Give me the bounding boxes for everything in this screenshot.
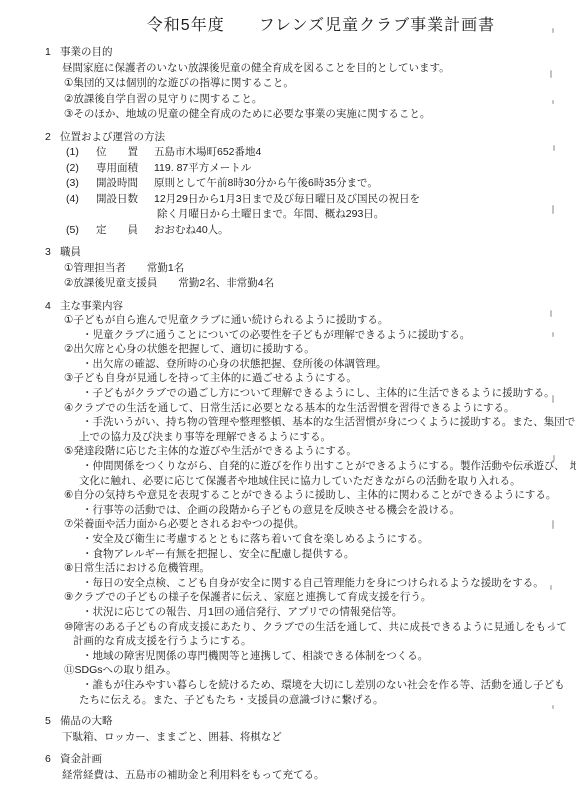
text-line: 昼間家庭に保護者のいない放課後児童の健全育成を図ることを目的としています。: [0, 61, 576, 77]
text-line: ⑪SDGsへの取り組み。: [0, 663, 576, 678]
row-value-line: 除く月曜日から土曜日まで。年間、概ね293日。: [154, 207, 576, 223]
section-2: 2位置および運営の方法(1)位 置五島市木場町652番地4(2)専用面積119.…: [0, 130, 576, 239]
row-label: 開設時間: [96, 176, 154, 192]
text-line: 計画的な育成支援を行うようにする。: [0, 634, 576, 649]
text-line: ②出欠席と心身の状態を把握して、適切に援助する。: [0, 342, 576, 357]
text-line: ③そのほか、地域の児童の健全育成のために必要な事業の実施に関すること。: [0, 107, 576, 123]
row-value-line: 五島市木場町652番地4: [154, 145, 576, 161]
row-value-line: 12月29日から1月3日まで及び毎日曜日及び国民の祝日を: [154, 192, 576, 208]
text-line: ①管理担当者 常勤1名: [0, 261, 576, 277]
section-title: 備品の大略: [60, 715, 113, 727]
section-number: 5: [45, 714, 60, 730]
text-line: ③子ども自身が見通しを持って主体的に過ごせるようにする。: [0, 371, 576, 386]
text-line: ・誰もが住みやすい暮らしを続けるため、環境を大切にし差別のない社会を作る等、活動…: [0, 678, 576, 693]
text-line: ①子どもが自ら進んで児童クラブに通い続けられるように援助する。: [0, 313, 576, 328]
section-title: 資金計画: [60, 753, 102, 765]
text-line: ②放課後児童支援員 常勤2名、非常勤4名: [0, 276, 576, 292]
text-line: 経常経費は、五島市の補助金と利用料をもって充てる。: [0, 768, 576, 784]
row-label: 定 員: [96, 223, 154, 239]
text-line: ・食物アレルギー有無を把握し、安全に配慮し提供する。: [0, 547, 576, 562]
text-line: ・仲間関係をつくりながら、自発的に遊びを作り出すことができるようにする。製作活動…: [0, 459, 576, 474]
section-5: 5備品の大略下駄箱、ロッカー、ままごと、囲碁、将棋など: [0, 714, 576, 745]
text-line: ①集団的又は個別的な遊びの指導に関すること。: [0, 76, 576, 92]
row-label: 専用面積: [96, 161, 154, 177]
section-heading: 1事業の目的: [0, 45, 576, 61]
text-line: ⑤発達段階に応じた主体的な遊びや生活ができるようにする。: [0, 444, 576, 459]
text-line: ⑩障害のある子どもの育成支援にあたり、クラブでの生活を通して、共に成長できるよう…: [0, 620, 576, 635]
document-body: 1事業の目的昼間家庭に保護者のいない放課後児童の健全育成を図ることを目的としてい…: [0, 45, 576, 783]
section-heading: 6資金計画: [0, 752, 576, 768]
text-line: ・子どもがクラブでの過ごし方について理解できるようにし、主体的に生活できるように…: [0, 386, 576, 401]
property-row: (3)開設時間原則として午前8時30分から午後6時35分まで。: [0, 176, 576, 192]
text-line: ・地域の障害児関係の専門機関等と連携して、相談できる体制をつくる。: [0, 649, 576, 664]
text-line: ⑦栄養面や活力面から必要とされるおやつの提供。: [0, 517, 576, 532]
section-number: 4: [45, 299, 60, 314]
section-3: 3職員①管理担当者 常勤1名②放課後児童支援員 常勤2名、非常勤4名: [0, 245, 576, 292]
text-line: ②放課後自学自習の見守りに関すること。: [0, 92, 576, 108]
text-line: ・出欠席の確認、登所時の心身の状態把握、登所後の体調管理。: [0, 357, 576, 372]
row-label: 開設日数: [96, 192, 154, 223]
text-line: たちに伝える。また、子どもたち・支援員の意識づけに繋げる。: [0, 693, 576, 708]
row-value-line: 119. 87平方メートル: [154, 161, 576, 177]
section-number: 3: [45, 245, 60, 261]
row-value: 119. 87平方メートル: [154, 161, 576, 177]
document-title: 令和5年度 フレンズ児童クラブ事業計画書: [0, 15, 576, 37]
section-number: 2: [45, 130, 60, 146]
section-4: 4主な事業内容①子どもが自ら進んで児童クラブに通い続けられるように援助する。・児…: [0, 299, 576, 708]
property-row: (4)開設日数12月29日から1月3日まで及び毎日曜日及び国民の祝日を除く月曜日…: [0, 192, 576, 223]
section-heading: 2位置および運営の方法: [0, 130, 576, 146]
row-value: おおむね40人。: [154, 223, 576, 239]
row-marker: (5): [66, 223, 96, 239]
section-number: 1: [45, 45, 60, 61]
section-number: 6: [45, 752, 60, 768]
text-line: ④クラブでの生活を通して、日常生活に必要となる基本的な生活習慣を習得できるように…: [0, 401, 576, 416]
row-value: 原則として午前8時30分から午後6時35分まで。: [154, 176, 576, 192]
text-line: 上での協力及び決まり事等を理解できるようにする。: [0, 430, 576, 445]
text-line: 文化に触れ、必要に応じて保護者や地域住民に協力していただきながらの活動を取り入れ…: [0, 474, 576, 489]
text-line: ・状況に応じての報告、月1回の通信発行、アプリでの情報発信等。: [0, 605, 576, 620]
text-line: ⑥自分の気持ちや意見を表現することができるように援助し、主体的に関わることができ…: [0, 488, 576, 503]
row-marker: (1): [66, 145, 96, 161]
section-1: 1事業の目的昼間家庭に保護者のいない放課後児童の健全育成を図ることを目的としてい…: [0, 45, 576, 123]
text-line: ・児童クラブに通うことについての必要性を子どもが理解できるように援助する。: [0, 328, 576, 343]
row-value: 五島市木場町652番地4: [154, 145, 576, 161]
section-title: 事業の目的: [60, 46, 113, 58]
text-line: ⑧日常生活における危機管理。: [0, 561, 576, 576]
section-title: 主な事業内容: [60, 300, 123, 312]
row-value-line: 原則として午前8時30分から午後6時35分まで。: [154, 176, 576, 192]
row-marker: (4): [66, 192, 96, 223]
row-value-line: おおむね40人。: [154, 223, 576, 239]
text-line: ・安全及び衛生に考慮するとともに落ち着いて食を楽しめるようにする。: [0, 532, 576, 547]
property-row: (1)位 置五島市木場町652番地4: [0, 145, 576, 161]
row-marker: (3): [66, 176, 96, 192]
row-marker: (2): [66, 161, 96, 177]
section-title: 職員: [60, 246, 81, 258]
text-line: ・行事等の活動では、企画の段階から子どもの意見を反映させる機会を設ける。: [0, 503, 576, 518]
property-row: (2)専用面積119. 87平方メートル: [0, 161, 576, 177]
section-title: 位置および運営の方法: [60, 131, 165, 143]
section-heading: 3職員: [0, 245, 576, 261]
text-line: ・手洗いうがい、持ち物の管理や整理整頓、基本的な生活習慣が身につくように援助する…: [0, 415, 576, 430]
section-heading: 4主な事業内容: [0, 299, 576, 314]
section-6: 6資金計画経常経費は、五島市の補助金と利用料をもって充てる。: [0, 752, 576, 783]
text-line: ・毎日の安全点検、こども自身が安全に関する自己管理能力を身につけられるような援助…: [0, 576, 576, 591]
text-line: 下駄箱、ロッカー、ままごと、囲碁、将棋など: [0, 730, 576, 746]
row-value: 12月29日から1月3日まで及び毎日曜日及び国民の祝日を除く月曜日から土曜日まで…: [154, 192, 576, 223]
row-label: 位 置: [96, 145, 154, 161]
property-row: (5)定 員おおむね40人。: [0, 223, 576, 239]
document-page: 令和5年度 フレンズ児童クラブ事業計画書 1事業の目的昼間家庭に保護者のいない放…: [0, 0, 576, 808]
text-line: ⑨クラブでの子どもの様子を保護者に伝え、家庭と連携して育成支援を行う。: [0, 590, 576, 605]
section-heading: 5備品の大略: [0, 714, 576, 730]
